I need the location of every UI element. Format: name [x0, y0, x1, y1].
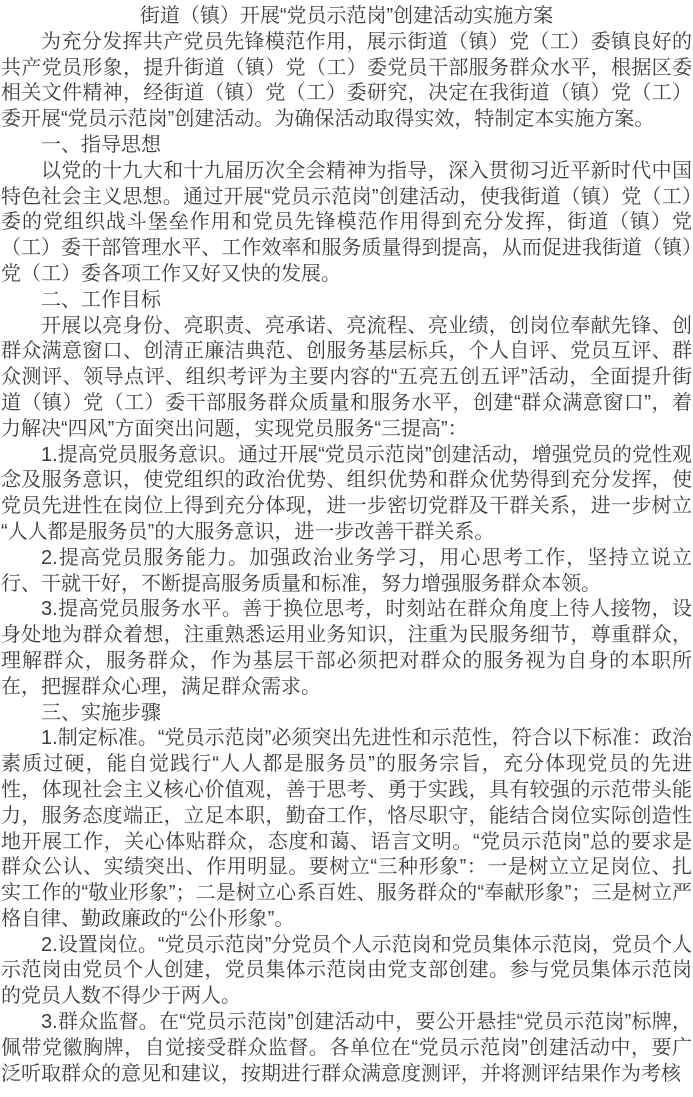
document-body: 为充分发挥共产党员先锋模范作用，展示街道（镇）党（工）委镇良好的共产党员形象，提… — [1, 30, 692, 1088]
goal-2-paragraph: 2.提高党员服务能力。加强政治业务学习，用心思考工作，坚持立说立行、干就干好，不… — [1, 546, 692, 598]
step-2-paragraph: 2.设置岗位。“党员示范岗”分党员个人示范岗和党员集体示范岗，党员个人示范岗由党… — [1, 933, 692, 1010]
guiding-ideology-paragraph: 以党的十九大和十九届历次全会精神为指导，深入贯彻习近平新时代中国特色社会主义思想… — [1, 159, 692, 288]
goal-1-paragraph: 1.提高党员服务意识。通过开展“党员示范岗”创建活动，增强党员的党性观念及服务意… — [1, 443, 692, 546]
section-heading-work-goals: 二、工作目标 — [1, 288, 692, 314]
step-3-paragraph: 3.群众监督。在“党员示范岗”创建活动中，要公开悬挂“党员示范岗”标牌，佩带党徽… — [1, 1010, 692, 1087]
section-heading-guiding-ideology: 一、指导思想 — [1, 133, 692, 159]
step-1-paragraph: 1.制定标准。“党员示范岗”必须突出先进性和示范性，符合以下标准：政治素质过硬，… — [1, 726, 692, 932]
goal-3-paragraph: 3.提高党员服务水平。善于换位思考，时刻站在群众角度上待人接物，设身处地为群众着… — [1, 597, 692, 700]
document-page: 街道（镇）开展“党员示范岗”创建活动实施方案 为充分发挥共产党员先锋模范作用，展… — [0, 0, 693, 1097]
intro-paragraph: 为充分发挥共产党员先锋模范作用，展示街道（镇）党（工）委镇良好的共产党员形象，提… — [1, 30, 692, 133]
work-goals-paragraph: 开展以亮身份、亮职责、亮承诺、亮流程、亮业绩，创岗位奉献先锋、创群众满意窗口、创… — [1, 314, 692, 443]
section-heading-implementation-steps: 三、实施步骤 — [1, 701, 692, 727]
document-title: 街道（镇）开展“党员示范岗”创建活动实施方案 — [1, 4, 692, 30]
